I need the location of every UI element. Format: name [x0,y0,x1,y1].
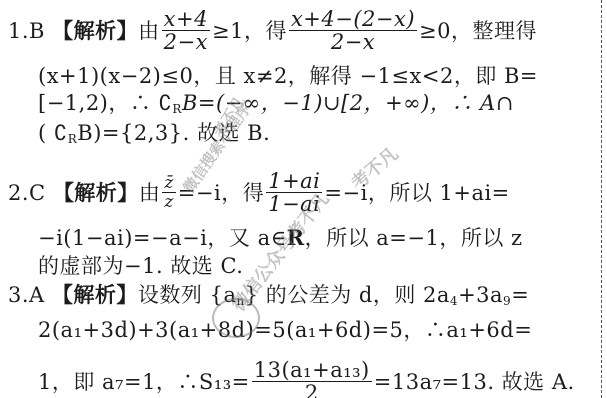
text: ( ∁ [38,121,68,145]
text: ≥0，整理得 [419,19,537,43]
denominator: z [162,193,175,211]
text: +3a [458,283,503,307]
numerator: z̄ [162,174,175,193]
fraction: x+4−(2−x)2−x [289,8,417,53]
text: 由 [138,19,160,43]
denominator: 2−x [162,31,210,53]
text: =13a₇=13. 故选 A. [374,370,575,394]
text: −i(1−ai)=−a−i，又 a∈ [38,226,287,250]
denominator: 2−x [289,31,417,53]
text: =−i，得 [178,181,264,205]
item-1-line-1: 1.B 【解析】由x+42−x≥1，得x+4−(2−x)2−x≥0，整理得 [8,10,537,55]
text: 的虚部为−1. 故选 C. [38,254,243,278]
item-2-line-2: −i(1−ai)=−a−i，又 a∈R，所以 a=−1，所以 z [38,226,523,250]
denominator: 2 [252,382,372,398]
numerator: x+4−(2−x) [289,8,417,31]
numerator: 13(a₁+a₁₃) [252,359,372,382]
solution-page: 1.B 【解析】由x+42−x≥1，得x+4−(2−x)2−x≥0，整理得 (x… [0,0,607,398]
item-2-line-3: 的虚部为−1. 故选 C. [38,254,243,278]
answer-letter: C [29,181,46,205]
item-3-line-3: 1，即 a₇=1，∴S₁₃=13(a₁+a₁₃)2=13a₇=13. 故选 A. [38,361,575,398]
text: = [511,283,529,307]
denominator: 1−ai [266,193,322,215]
item-1-line-3: [−1,2)，∴ ∁RB=(−∞，−1)∪[2，+∞)，∴ A∩ [38,91,514,121]
text: [−1,2)，∴ ∁ [38,91,172,115]
subscript: 9 [503,294,511,308]
subscript: R [68,132,78,146]
text: B=(−∞，−1)∪[2，+∞)，∴ A∩ [182,91,514,115]
subscript: 4 [450,294,458,308]
text: B)={2,3}. 故选 B. [77,121,270,145]
item-2-line-1: 2.C 【解析】由z̄z=−i，得1+ai1−ai=−i，所以 1+ai= [8,172,510,217]
text: 由 [139,181,161,205]
item-1-line-2: (x+1)(x−2)≤0，且 x≠2，解得 −1≤x<2，即 B= [38,64,538,88]
item-number: 2. [8,181,29,205]
fraction: x+42−x [162,8,210,53]
analysis-label: 【解析】 [53,181,139,205]
fraction: 13(a₁+a₁₃)2 [252,359,372,398]
item-number: 3. [8,283,29,307]
text: 1，即 a₇=1，∴S₁₃= [38,370,250,394]
numerator: x+4 [162,8,210,31]
real-set-symbol: R [287,225,305,250]
analysis-label: 【解析】 [52,283,138,307]
analysis-label: 【解析】 [52,19,138,43]
text: (x+1)(x−2)≤0，且 x≠2，解得 −1≤x<2，即 B= [38,64,538,88]
text: } 的公差为 d，则 2a [245,283,450,307]
answer-letter: A [29,283,45,307]
text: ≥1，得 [212,19,287,43]
item-3-line-1: 3.A 【解析】设数列 {an} 的公差为 d，则 2a4+3a9= [8,283,529,313]
answer-letter: B [29,19,45,43]
text: =−i，所以 1+ai= [324,181,509,205]
fraction: 1+ai1−ai [266,170,322,215]
watermark-chat-bubble-icon [212,298,260,338]
numerator: 1+ai [266,170,322,193]
fraction: z̄z [162,174,175,211]
text: 2(a₁+3d)+3(a₁+8d)=5(a₁+6d)=5，∴a₁+6d= [38,318,532,342]
item-3-line-2: 2(a₁+3d)+3(a₁+8d)=5(a₁+6d)=5，∴a₁+6d= [38,318,532,342]
item-number: 1. [8,19,29,43]
subscript: R [172,102,182,116]
text: ，所以 a=−1，所以 z [305,226,523,250]
item-1-line-4: ( ∁RB)={2,3}. 故选 B. [38,121,270,151]
dashed-margin-line [601,0,602,398]
